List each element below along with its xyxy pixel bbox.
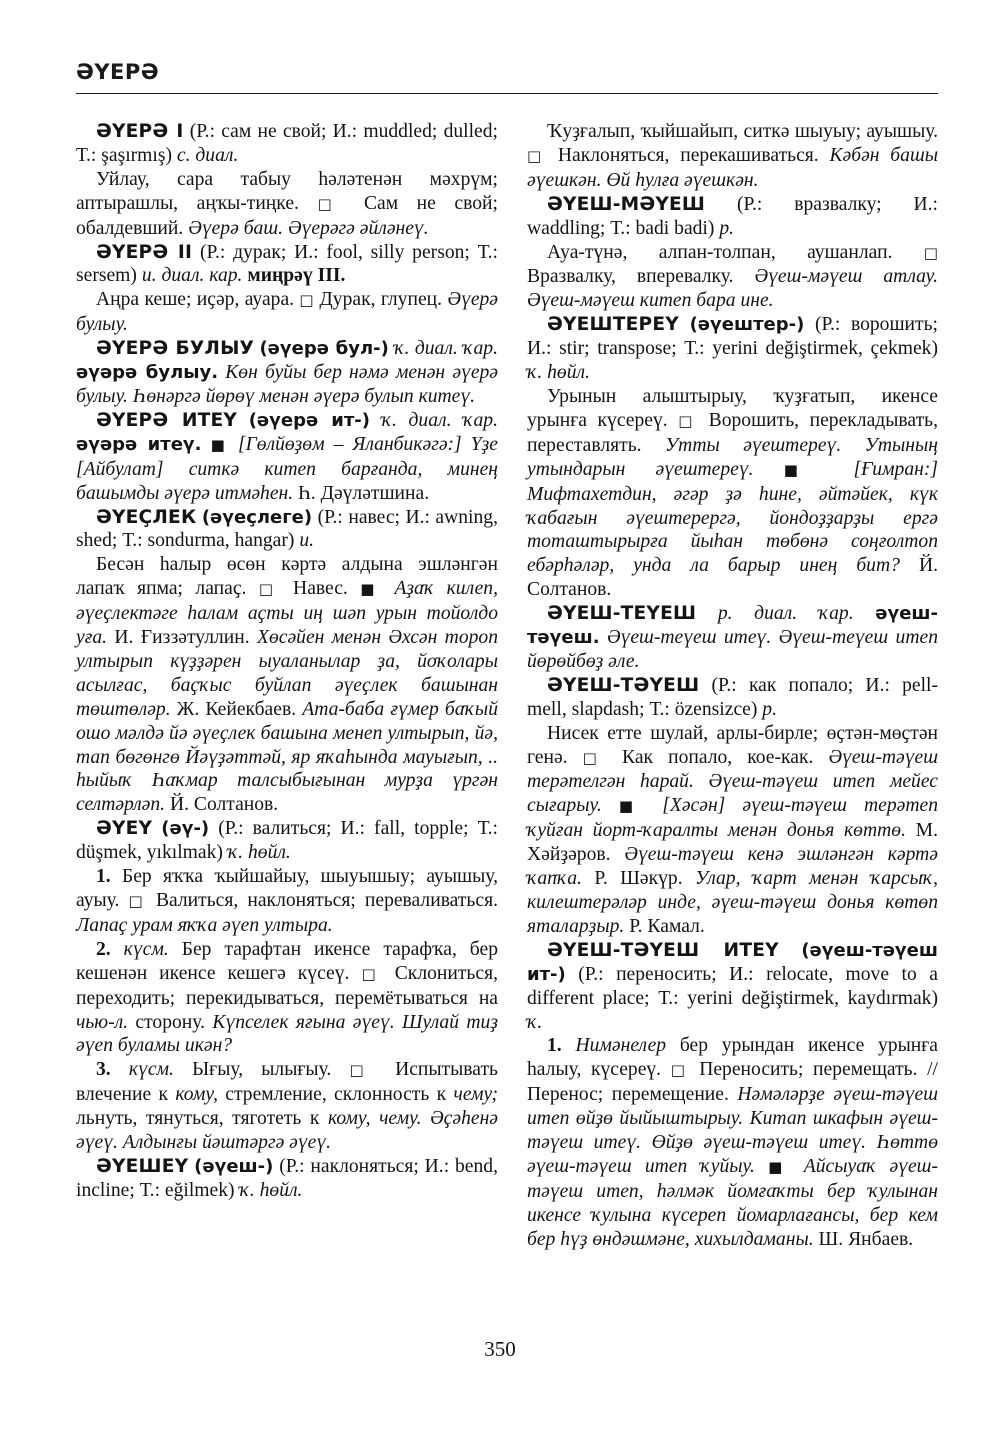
quotation-author: Ж. Кейекбаев. [177,699,296,720]
left-column: ӘҮЕРӘ I (Р.: сам не свой; И.: muddled; d… [76,120,498,1203]
entry-aUesh-taUesh: ӘҮЕШ-ТӘҮЕШ (Р.: как попало; И.: pell-mel… [527,674,938,722]
stem-form: (әү-) [161,818,209,839]
headword: ӘҮЕШЕҮ [96,1156,188,1177]
part-of-speech: ҡ. һөйл. [527,362,590,383]
cross-reference: әүәрә итеү. [76,434,202,455]
open-square-icon: □ [259,580,281,598]
entry-aUera-1: ӘҮЕРӘ I (Р.: сам не свой; И.: muddled; d… [76,120,498,168]
definition: Ауа-түнә, алпан-толпан, аушанлап. [547,242,892,263]
sense-label: күсм. [129,1059,174,1080]
part-of-speech: р. [762,699,777,720]
entry-aUera-2: ӘҮЕРӘ II (Р.: дурак; И.: fool, silly per… [76,241,498,289]
running-head: ӘҮЕРӘ [76,60,159,84]
filled-square-icon: ■ [360,580,382,598]
translation-note: чему; [453,1084,498,1105]
headword: ӘҮЕҪЛЕК [96,507,196,528]
headword: ӘҮЕРӘ БУЛЫУ [96,338,254,359]
translation: Валиться, наклоняться; переваливаться. [156,890,498,911]
sense-1: 1. Бер яҡҡа ҡыйшайыу, шыуышыу; ауышыу, а… [76,865,498,938]
definition: Ығыу, ылығыу. [192,1059,331,1080]
part-of-speech: ҡ. һөйл. [239,1180,302,1201]
entry-body: Аңра кеше; иҫәр, ауара. □ Дурак, глупец.… [76,288,498,337]
entry-aUesheu: ӘҮЕШЕҮ (әүеш-) (Р.: наклоняться; И.: ben… [76,1155,498,1203]
part-of-speech: и. диал. кар. [142,265,243,286]
open-square-icon: □ [678,412,698,430]
open-square-icon: □ [527,147,547,165]
filled-square-icon: ■ [768,1158,790,1176]
part-of-speech: ҡ. диал. ҡар. [382,410,498,431]
translation-note: чью-л. [76,1012,128,1033]
sense-number: 3. [96,1059,111,1080]
quotation: Улар, ҡарт менән ҡарсыҡ, килештерәләр ин… [527,868,938,937]
right-column: Ҡуҙғалып, ҡыйшайып, ситкә шыуыу; ауышыу.… [527,120,938,1252]
sense-2: 2. күсм. Бер тарафтан икенсе тарафҡа, бе… [76,938,498,1059]
stem-form: (әүештер-) [690,314,805,335]
entry-aUera-iteu: ӘҮЕРӘ ИТЕҮ (әүерә ит-) ҡ. диал. ҡар. әүә… [76,409,498,506]
open-square-icon: □ [924,244,938,262]
headword: ӘҮЕШ-ТӘҮЕШ [547,675,699,696]
stem-form: (әүеҫлеге) [202,507,312,528]
cross-reference: миңрәү III. [247,265,345,286]
examples: Әүерә баш. Әүерәгә әйләнеү. [188,218,428,239]
open-square-icon: □ [361,965,382,983]
translation: стремление, склонность к [225,1084,446,1105]
translation: Вразвалку, вперевалку. [527,266,733,287]
sense-number: 2. [96,939,111,960]
filled-square-icon: ■ [784,461,823,479]
sense-label: Нимәнелер [575,1035,666,1056]
open-square-icon: □ [129,892,147,910]
part-of-speech: р. диал. ҡар. [718,603,854,624]
open-square-icon: □ [671,1061,690,1079]
gloss: (Р.: переносить; И.: relocate, move to a… [527,964,938,1009]
headword: ӘҮЕШ-ТЕҮЕШ [547,603,696,624]
quotation-author: Ш. Янбаев. [819,1229,914,1250]
part-of-speech: ҡ. һөйл. [228,842,291,863]
sense-label: күсм. [124,939,169,960]
quotation-author: Й. Солтанов. [170,794,278,815]
headword: ӘҮЕРӘ I [96,121,183,142]
entry-body: Нисек етте шулай, арлы-бирле; өҫтән-мөҫт… [527,722,938,939]
headword: ӘҮЕШТЕРЕҮ [547,314,679,335]
entry-aUesh-taUesh-iteu: ӘҮЕШ-ТӘҮЕШ ИТЕҮ (әүеш-тәүеш ит-) (Р.: пе… [527,939,938,1035]
stem-form: (әүерә ит-) [249,410,370,431]
entry-aUesh-maUesh: ӘҮЕШ-МӘҮЕШ (Р.: вразвалку; И.: waddling;… [527,193,938,241]
open-square-icon: □ [349,1061,376,1079]
entry-body: Уйлау, сара табыу һәләтенән мәхрүм; апты… [76,168,498,241]
translation-note: кому, [175,1084,218,1105]
entry-aUeshtereu: ӘҮЕШТЕРЕҮ (әүештер-) (Р.: ворошить; И.: … [527,313,938,385]
translation: Наклоняться, перекашиваться. [558,145,819,166]
translation: Навес. [293,578,348,599]
sense-1: 1. Нимәнелер бер урындан икенсе урынға һ… [527,1034,938,1251]
stem-form: (әүерә бул-) [259,338,388,359]
headword: ӘҮЕРӘ ИТЕҮ [96,410,237,431]
headword: ӘҮЕШ-МӘҮЕШ [547,194,705,215]
translation: Как попало, кое-как. [622,747,813,768]
entry-body: Ҡуҙғалып, ҡыйшайып, ситкә шыуыу; ауышыу.… [527,120,938,193]
part-of-speech: ҡ. [527,1012,542,1033]
part-of-speech: ҡ. диал. ҡар. [394,338,498,359]
examples: Лапаҫ урам яҡҡа әүеп ултыра. [76,915,333,936]
translation: сторону. [135,1012,205,1033]
headword: ӘҮЕРӘ II [96,242,192,263]
page-number: 350 [0,1337,1000,1362]
sense-3: 3. күсм. Ығыу, ылығыу. □ Испытывать влеч… [76,1058,498,1155]
entry-aUesh-teUesh: ӘҮЕШ-ТЕҮЕШ р. диал. ҡар. әүеш-тәүеш. Әүе… [527,602,938,674]
part-of-speech: с. диал. [177,145,238,166]
definition: Аңра кеше; иҫәр, ауара. [96,289,294,310]
header-rule [76,93,938,94]
part-of-speech: р. [719,218,734,239]
quotation-author: Р. Камал. [629,916,705,937]
quotation-author: И. Ғиззәтуллин. [114,627,249,648]
filled-square-icon: ■ [619,797,645,815]
quotation-author: Р. Шәкүр. [594,868,682,889]
entry-body: Ауа-түнә, алпан-толпан, аушанлап. □ Враз… [527,241,938,314]
translation: льнуть, тянуться, тяготеть к [76,1108,319,1129]
headword: ӘҮЕШ-ТӘҮЕШ ИТЕҮ [547,940,779,961]
open-square-icon: □ [583,749,607,767]
quotation-author: Һ. Дәүләтшина. [298,483,429,504]
stem-form: (әүеш-) [194,1156,273,1177]
translation: Дурак, глупец. [319,289,442,310]
entry-aUeu: ӘҮЕҮ (әү-) (Р.: валиться; И.: fall, topp… [76,817,498,865]
open-square-icon: □ [318,195,346,213]
part-of-speech: и. [299,530,314,551]
sense-number: 1. [96,866,111,887]
open-square-icon: □ [299,291,314,309]
entry-aUera-buluu: ӘҮЕРӘ БУЛЫУ (әүерә бул-) ҡ. диал. ҡар. ә… [76,337,498,409]
sense-number: 1. [547,1035,562,1056]
filled-square-icon: ■ [211,436,229,454]
definition: Ҡуҙғалып, ҡыйшайып, ситкә шыуыу; ауышыу. [547,121,938,142]
translation-note: кому, чему. [328,1108,422,1129]
cross-reference: әүәрә булыу. [76,362,218,383]
entry-aUesleк: ӘҮЕҪЛЕК (әүеҫлеге) (Р.: навес; И.: awnin… [76,506,498,554]
headword: ӘҮЕҮ [96,818,152,839]
entry-body: Урынын алыштырыу, ҡуҙғатып, икенсе урынғ… [527,385,938,602]
entry-body: Бесән һалыр өсөн кәртә алдына эшләнгән л… [76,553,498,817]
